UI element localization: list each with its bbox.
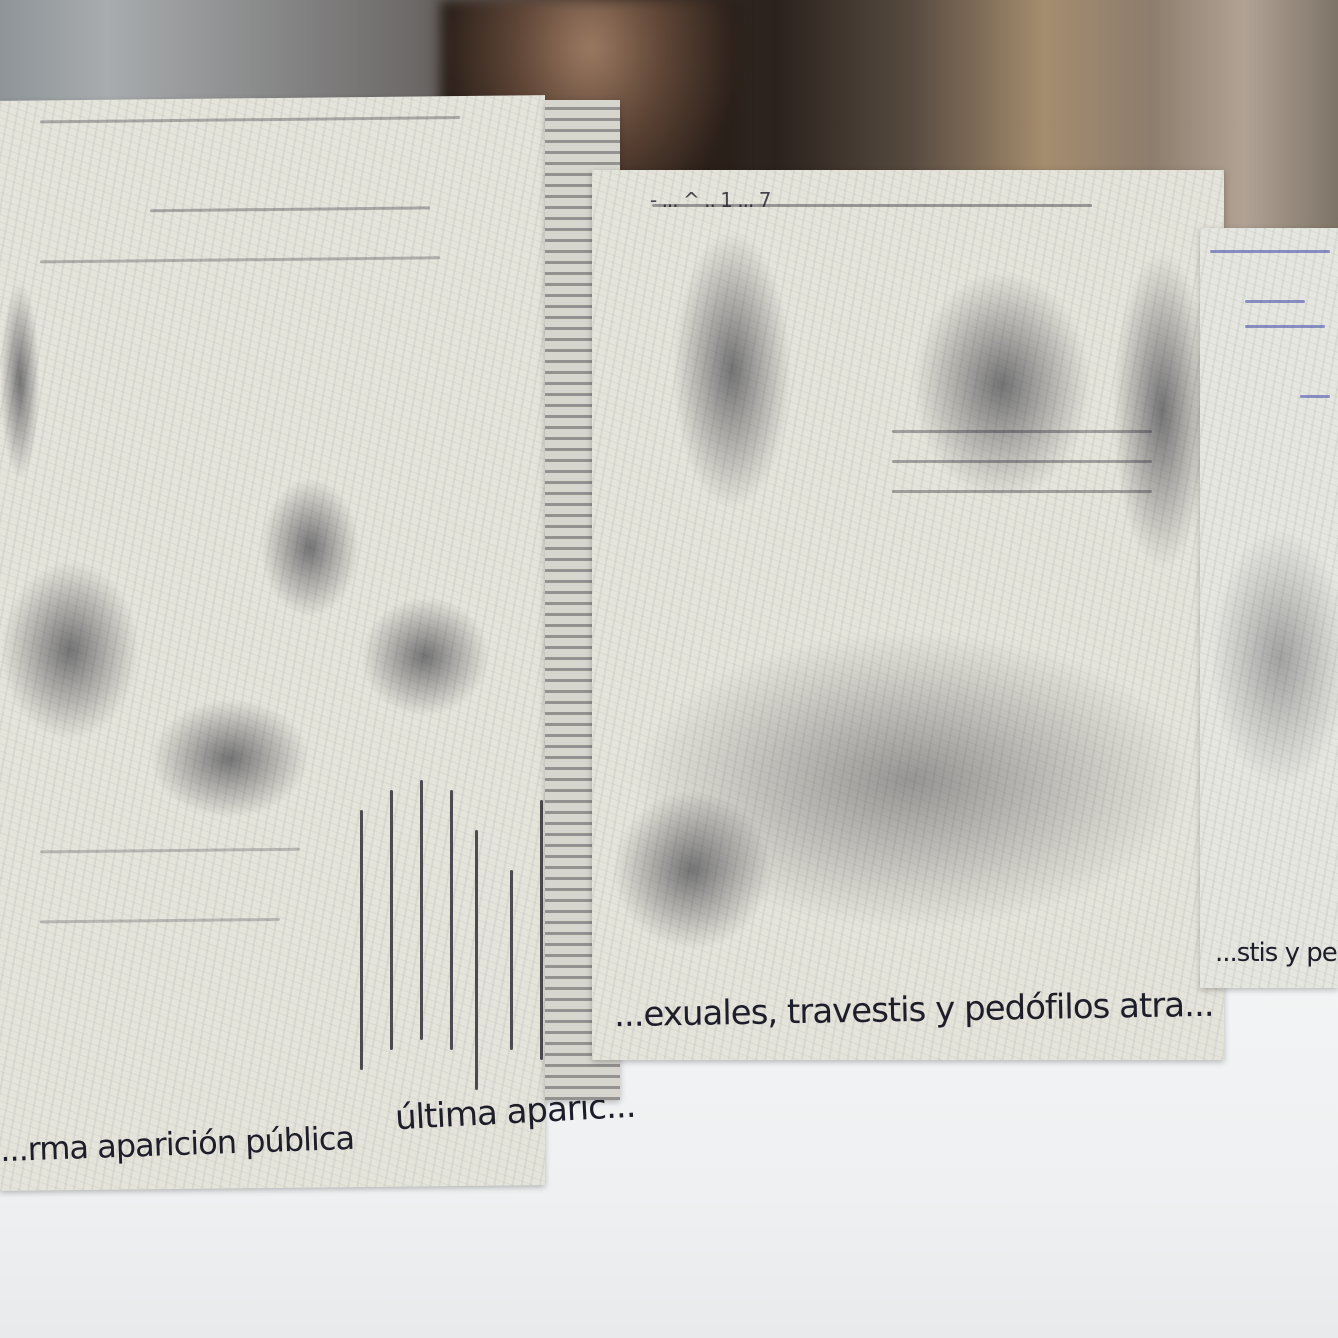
charcoal-smudge (612, 790, 772, 950)
charcoal-smudge (360, 596, 490, 717)
handwriting-line (1210, 250, 1330, 253)
handwriting-line (892, 490, 1152, 493)
handwriting-line (450, 790, 453, 1050)
vertical-handwritten-notes (350, 770, 560, 1070)
center-panel-top-text: - ... ^ .. 1 ... 7 (650, 188, 770, 212)
charcoal-hatching (1112, 250, 1212, 570)
handwriting-line (892, 460, 1152, 463)
charcoal-smudge (150, 698, 310, 820)
book-panel-center (592, 170, 1224, 1060)
handwriting-line (1300, 395, 1330, 398)
handwriting-line (40, 256, 440, 263)
handwriting-line (390, 790, 393, 1050)
charcoal-smudge (260, 477, 360, 618)
handwriting-line (475, 830, 478, 1090)
handwriting-line (40, 848, 300, 854)
handwriting-line (540, 800, 543, 1060)
right-panel-caption: ...stis y pedo... (1215, 938, 1338, 968)
charcoal-smudge (0, 280, 40, 480)
charcoal-smudge (1210, 528, 1338, 788)
handwriting-line (40, 116, 460, 123)
charcoal-smudge (0, 559, 140, 740)
handwriting-line (1245, 300, 1305, 303)
handwriting-line (420, 780, 423, 1040)
handwriting-line (892, 430, 1152, 433)
charcoal-hatching (912, 270, 1092, 500)
handwriting-line (1245, 325, 1325, 328)
charcoal-grid-drawing (672, 230, 792, 510)
handwriting-line (510, 870, 513, 1050)
handwriting-line (360, 810, 363, 1070)
handwriting-line (40, 918, 280, 924)
handwriting-line (150, 206, 430, 212)
blue-ink-notes (1205, 240, 1335, 420)
